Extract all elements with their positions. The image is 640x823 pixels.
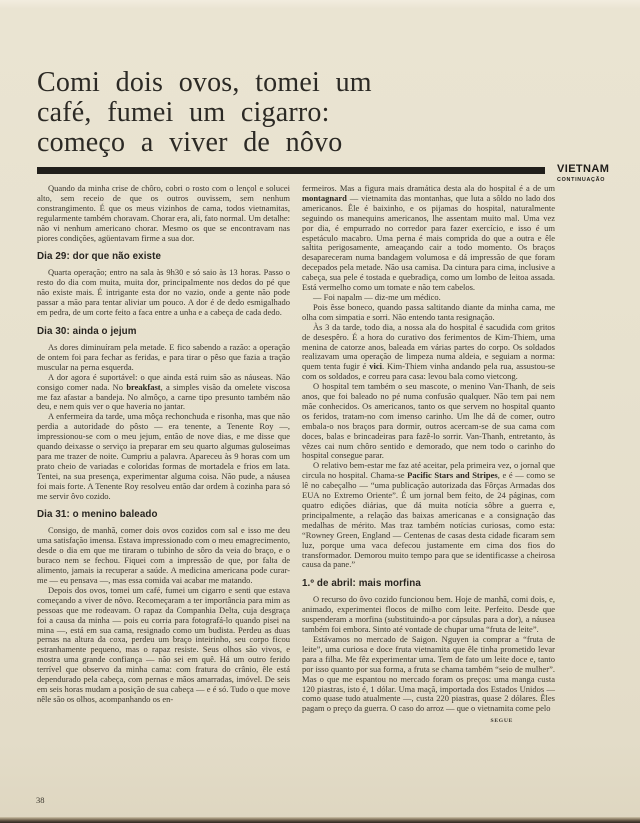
paragraph: Quando da minha crise de chôro, cobri o … [37,184,290,243]
text-segment: O recurso do ôvo cozido funcionou bem. H… [302,594,555,634]
headline-line-3: começo a viver de nôvo [37,128,629,158]
section-heading: 1.º de abril: mais morfina [302,578,555,589]
continuation-subtitle: CONTINUAÇÃO [557,177,609,183]
paragraph: fermeiros. Mas a figura mais dramática d… [302,184,555,293]
column-right: fermeiros. Mas a figura mais dramática d… [302,184,555,727]
headline-line-2: café, fumei um cigarro: [37,98,629,128]
continuation-title: VIETNAM [557,163,609,175]
paragraph: Quarta operação; entro na sala às 9h30 e… [37,268,290,318]
paragraph: Depois dos ovos, tomei um café, fumei um… [37,586,290,705]
article-body: Quando da minha crise de chôro, cobri o … [37,184,555,727]
magazine-page: Comi dois ovos, tomei um café, fumei um … [0,0,640,823]
continuation-tag: VIETNAM CONTINUAÇÃO [557,163,609,183]
text-segment: A enfermeira da tarde, uma môça rechonch… [37,411,290,500]
text-segment: As dores diminuíram pela metade. E fico … [37,342,290,372]
headline-line-1: Comi dois ovos, tomei um [37,68,629,98]
paragraph: O recurso do ôvo cozido funcionou bem. H… [302,595,555,635]
continued-marker: SEGUE [302,717,555,727]
bold-term: breakfast [126,382,160,392]
text-segment: Consigo, de manhã, comer dois ovos cozid… [37,525,290,585]
page-number: 38 [36,795,45,805]
text-segment: Depois dos ovos, tomei um café, fumei um… [37,585,290,704]
bold-term: montagnard [302,193,347,203]
text-segment: — vietnamita das montanhas, que luta a s… [302,193,555,292]
paragraph: Às 3 da tarde, todo dia, a nossa ala do … [302,323,555,382]
section-heading: Dia 31: o menino baleado [37,509,290,520]
paragraph: O hospital tem também o seu mascote, o m… [302,382,555,461]
paragraph: Consigo, de manhã, comer dois ovos cozid… [37,526,290,585]
text-segment: fermeiros. Mas a figura mais dramática d… [302,183,555,193]
text-segment: — Foi napalm — diz-me um médico. [313,292,441,302]
article-header: Comi dois ovos, tomei um café, fumei um … [37,68,629,183]
text-segment: , e é — como se lê no cabeçalho — “uma p… [302,470,555,569]
article-headline: Comi dois ovos, tomei um café, fumei um … [37,68,629,158]
text-segment: Quarta operação; entro na sala às 9h30 e… [37,267,290,317]
column-left: Quando da minha crise de chôro, cobri o … [37,184,290,727]
paragraph: As dores diminuíram pela metade. E fico … [37,343,290,373]
text-segment: Pois êsse boneco, quando passa saltitand… [302,302,555,322]
text-segment: O hospital tem também o seu mascote, o m… [302,381,555,460]
section-heading: Dia 30: ainda o jejum [37,326,290,337]
text-segment: Estávamos no mercado de Saigon. Nguyen i… [302,634,555,713]
section-heading: Dia 29: dor que não existe [37,251,290,262]
headline-rule-row: VIETNAM CONTINUAÇÃO [37,167,629,183]
paragraph: A enfermeira da tarde, uma môça rechonch… [37,412,290,501]
paragraph: Estávamos no mercado de Saigon. Nguyen i… [302,635,555,714]
paragraph: O relativo bem-estar me faz até aceitar,… [302,461,555,570]
bold-term: vici [369,361,382,371]
page-bottom-edge [0,817,640,823]
bold-term: Pacific Stars and Stripes [407,470,498,480]
text-segment: Quando da minha crise de chôro, cobri o … [37,183,290,243]
paragraph: A dor agora é suportável: o que ainda es… [37,373,290,413]
headline-rule [37,167,545,174]
paragraph: Pois êsse boneco, quando passa saltitand… [302,303,555,323]
